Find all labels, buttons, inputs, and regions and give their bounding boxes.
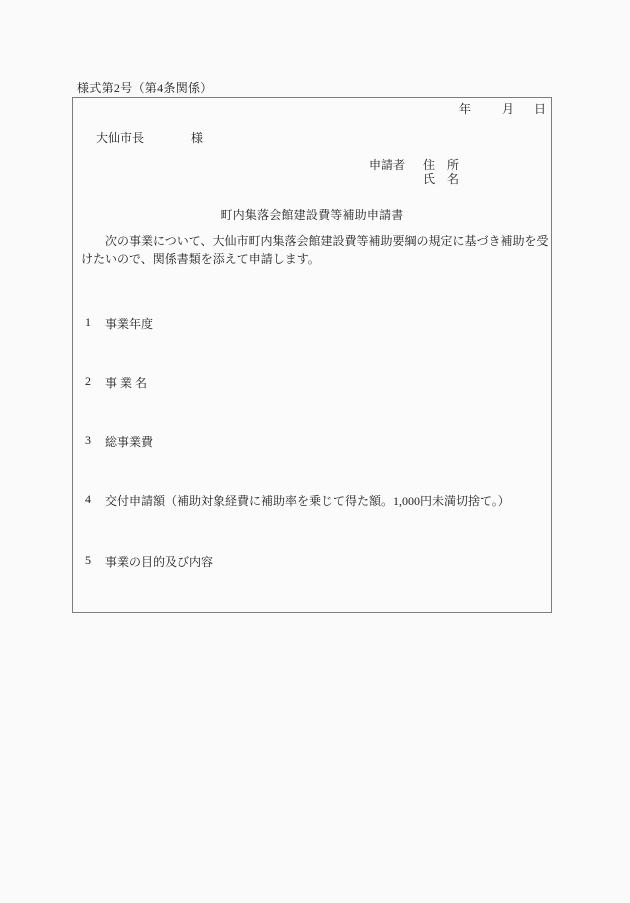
form-item-purpose-content: 5 事業の目的及び内容	[85, 553, 213, 570]
month-label: 月	[502, 100, 514, 117]
year-label: 年	[459, 100, 471, 117]
form-item-grant-amount: 4 交付申請額（補助対象経費に補助率を乗じて得た額。1,000円未満切捨て。）	[85, 492, 510, 509]
form-number-label: 様式第2号（第4条関係）	[77, 79, 213, 96]
day-label: 日	[534, 100, 546, 117]
body-paragraph-line-2: けたいので、関係書類を添えて申請します。	[81, 250, 551, 268]
item-label: 事業の目的及び内容	[105, 553, 213, 570]
addressee-honorific: 様	[191, 129, 203, 146]
item-label: 事 業 名	[105, 374, 147, 391]
applicant-block: 申請者 住 所 氏 名	[369, 158, 459, 186]
applicant-name-label: 氏 名	[423, 172, 459, 186]
document-page: 様式第2号（第4条関係） 年 月 日 大仙市長 様 申請者 住 所 氏 名 町内…	[0, 0, 630, 903]
item-number: 5	[85, 553, 92, 570]
item-number: 2	[85, 374, 92, 391]
form-item-project-name: 2 事 業 名	[85, 374, 147, 391]
form-item-fiscal-year: 1 事業年度	[85, 315, 153, 332]
item-number: 4	[85, 492, 92, 509]
item-label: 交付申請額（補助対象経費に補助率を乗じて得た額。1,000円未満切捨て。）	[105, 492, 510, 509]
applicant-fields: 住 所 氏 名	[423, 158, 459, 186]
form-item-total-cost: 3 総事業費	[85, 433, 153, 450]
body-paragraph: 次の事業について、大仙市町内集落会館建設費等補助要綱の規定に基づき補助を受 けた…	[81, 232, 551, 268]
document-title: 町内集落会館建設費等補助申請書	[73, 206, 551, 223]
item-number: 3	[85, 433, 92, 450]
item-number: 1	[85, 315, 92, 332]
item-label: 事業年度	[105, 315, 153, 332]
addressee-name: 大仙市長	[96, 129, 144, 146]
body-paragraph-line-1: 次の事業について、大仙市町内集落会館建設費等補助要綱の規定に基づき補助を受	[81, 232, 551, 250]
application-form-box: 年 月 日 大仙市長 様 申請者 住 所 氏 名 町内集落会館建設費等補助申請書…	[72, 97, 552, 613]
addressee-line: 大仙市長 様	[96, 129, 203, 146]
date-line: 年 月 日	[459, 100, 546, 117]
applicant-address-label: 住 所	[423, 158, 459, 172]
item-label: 総事業費	[105, 433, 153, 450]
applicant-label: 申請者	[369, 158, 405, 186]
